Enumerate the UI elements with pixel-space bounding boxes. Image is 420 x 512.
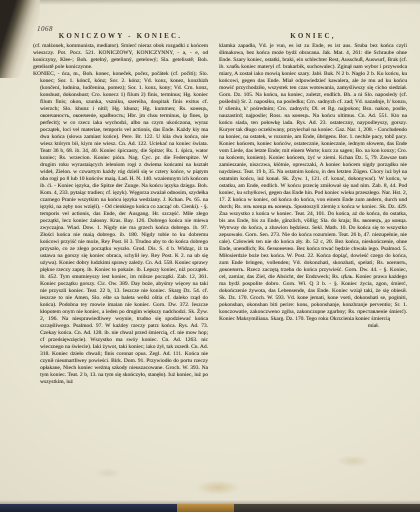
- running-head-right-block: KONIEC,: [219, 25, 407, 43]
- book-edge-strip: [0, 504, 420, 512]
- continuation-paragraph: (cf. małżonek, kommunista, mediator). Śm…: [33, 43, 208, 71]
- book-cover-edge: [0, 504, 177, 512]
- book-page-photo: 1068 KONICZOWY - KONIEC. KONIEC, (cf. ma…: [0, 0, 420, 512]
- text-column-right: klamka zapadła, Vd. je vun, es ist zu En…: [219, 43, 407, 491]
- table-edge: [234, 504, 420, 512]
- running-head: 1068 KONICZOWY - KONIEC. KONIEC,: [33, 25, 407, 43]
- text-columns: (cf. małżonek, kommunista, mediator). Śm…: [33, 43, 407, 491]
- running-head-left-block: 1068 KONICZOWY - KONIEC.: [33, 25, 208, 43]
- page-number: 1068: [37, 25, 53, 33]
- book-spine-edge: [177, 504, 234, 512]
- right-column-paragraph: klamka zapadła, Vd. je vun, es ist zu En…: [219, 43, 407, 323]
- running-head-left-title: KONICZOWY - KONIEC.: [59, 32, 182, 40]
- entry-koniec-paragraph: KONIEC, - ńca, m., Boh. konec, koneček, …: [33, 71, 208, 386]
- text-column-left: (cf. małżonek, kommunista, mediator). Śm…: [33, 43, 208, 491]
- page-top-shadow: [0, 0, 420, 5]
- running-head-right-title: KONIEC,: [290, 32, 336, 40]
- right-column-last-word: miał.: [219, 323, 407, 330]
